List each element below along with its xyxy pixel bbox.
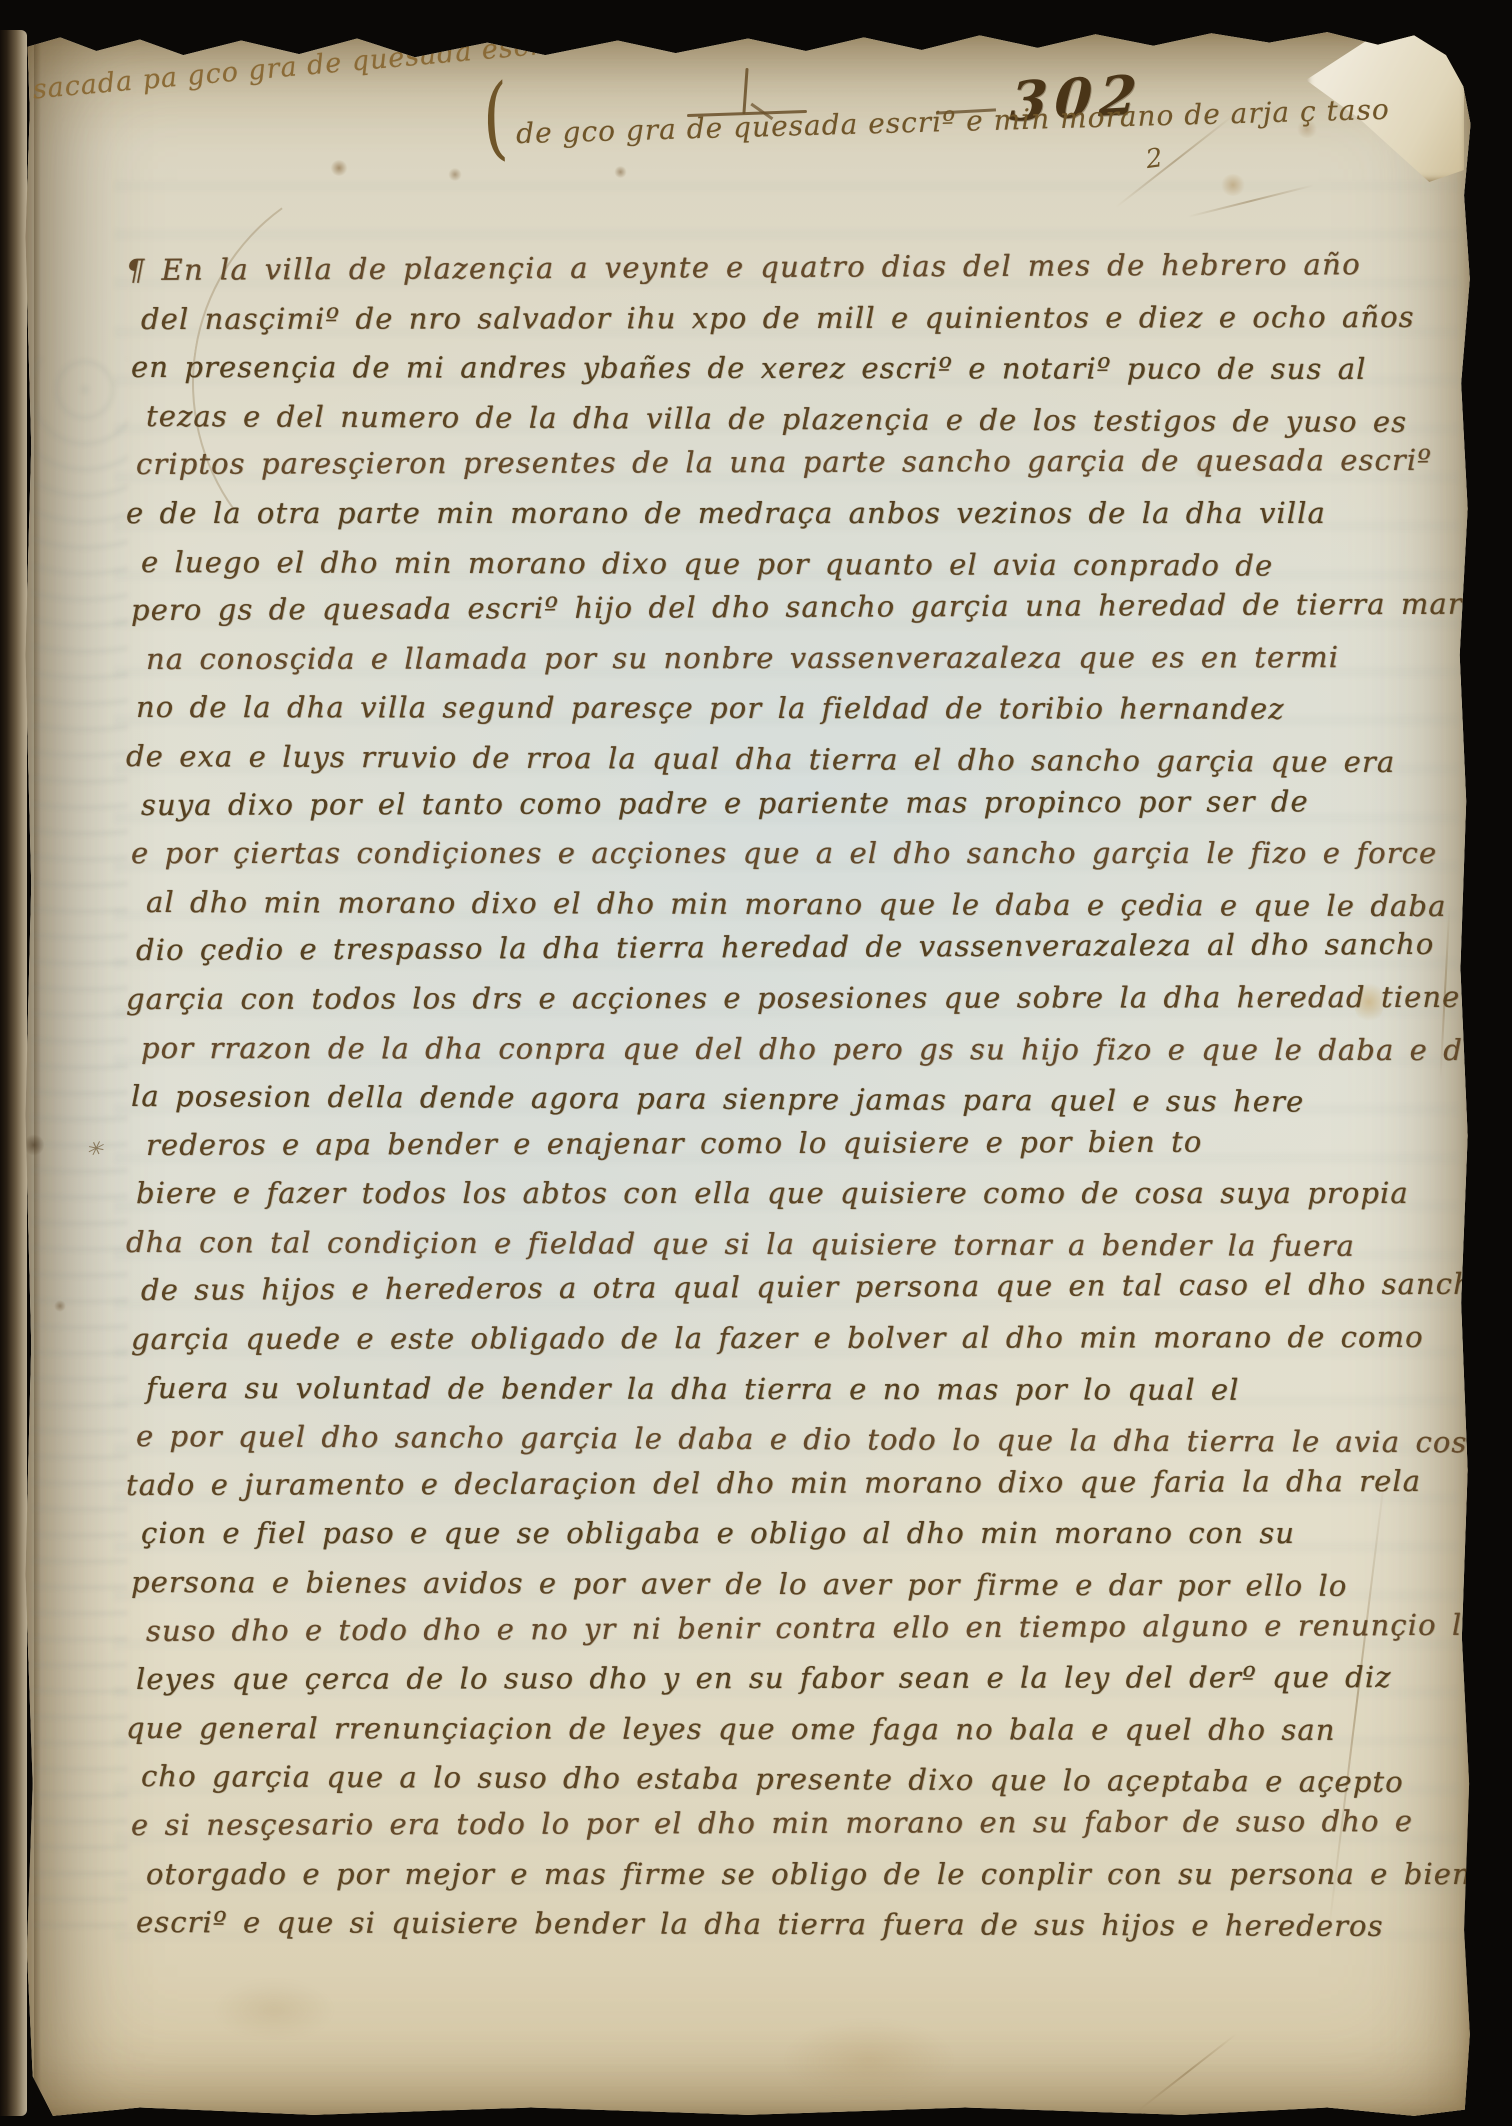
manuscript-line: por rrazon de la dha conpra que del dho … <box>141 1024 1471 1075</box>
manuscript-line: que general rrenunçiaçion de leyes que o… <box>126 1704 1456 1755</box>
paper-crease <box>1137 2033 1237 2112</box>
bleedthrough-margin-ghost <box>32 358 128 1938</box>
ink-stain <box>614 166 627 178</box>
cross-vertical-bar <box>742 68 748 114</box>
manuscript-line: fuera su voluntad de bender la dha tierr… <box>146 1364 1476 1415</box>
ink-stain <box>330 160 348 176</box>
manuscript-line: criptos paresçieron presentes de la una … <box>136 436 1466 489</box>
filing-note: sacada pa gco gra de quesada escriº <box>32 34 503 106</box>
manuscript-line: dio çedio e trespasso la dha tierra here… <box>136 920 1466 975</box>
manuscript-line: escriº e que si quisiere bender la dha t… <box>136 1898 1466 1951</box>
manuscript-line: suso dho e todo dho e no yr ni benir con… <box>146 1600 1476 1655</box>
foxing-stain <box>1296 120 1318 138</box>
ink-stain <box>448 168 462 181</box>
bottom-mottling <box>214 1980 334 2040</box>
manuscript-line: tado e juramento e declaraçion del dho m… <box>126 1457 1456 1510</box>
manuscript-line: e de la otra parte min morano de medraça… <box>126 489 1456 538</box>
manuscript-line: en presençia de mi andres ybañes de xere… <box>131 343 1461 394</box>
manuscript-line: del nasçimiº de nro salvador ihu xpo de … <box>141 293 1471 344</box>
manuscript-lines: ¶ En la villa de plazençia a veynte e qu… <box>126 246 1456 1958</box>
manuscript-line: na conosçida e llamada por su nonbre vas… <box>146 633 1476 684</box>
manuscript-line: garçia quede e este obligado de la fazer… <box>131 1313 1461 1364</box>
manuscript-line: suya dixo por el tanto como padre e pari… <box>141 776 1471 829</box>
manuscript-line: ¶ En la villa de plazençia a veynte e qu… <box>126 240 1456 295</box>
manuscript-line: e si nesçesario era todo lo por el dho m… <box>131 1797 1461 1850</box>
foxing-stain <box>1220 174 1246 196</box>
manuscript-line: çion e fiel paso e que se obligaba e obl… <box>141 1509 1471 1558</box>
photographed-manuscript: sacada pa gco gra de quesada escriº 302 … <box>0 0 1512 2126</box>
manuscript-line: rederos e apa bender e enajenar como lo … <box>146 1117 1476 1170</box>
manuscript-line: garçia con todos los drs e acçiones e po… <box>126 973 1456 1024</box>
manuscript-line: biere e fazer todos los abtos con ella q… <box>136 1169 1466 1218</box>
manuscript-line: e por çiertas condiçiones e acçiones que… <box>131 829 1461 878</box>
foxing-stain <box>54 1300 66 1312</box>
manuscript-page: sacada pa gco gra de quesada escriº 302 … <box>24 28 1472 2118</box>
book-gutter-page-edges <box>0 30 27 2116</box>
manuscript-line: pero gs de quesada escriº hijo del dho s… <box>131 580 1461 635</box>
manuscript-line: leyes que çerca de lo suso dho y en su f… <box>136 1653 1466 1704</box>
manuscript-line: otorgado e por mejor e mas firme se obli… <box>146 1850 1476 1899</box>
manuscript-line: no de la dha villa segund paresçe por la… <box>136 683 1466 734</box>
edge-stain <box>24 1134 44 1156</box>
manuscript-line: de sus hijos e herederos a otra qual qui… <box>141 1260 1471 1315</box>
bottom-mottling <box>784 2020 954 2100</box>
